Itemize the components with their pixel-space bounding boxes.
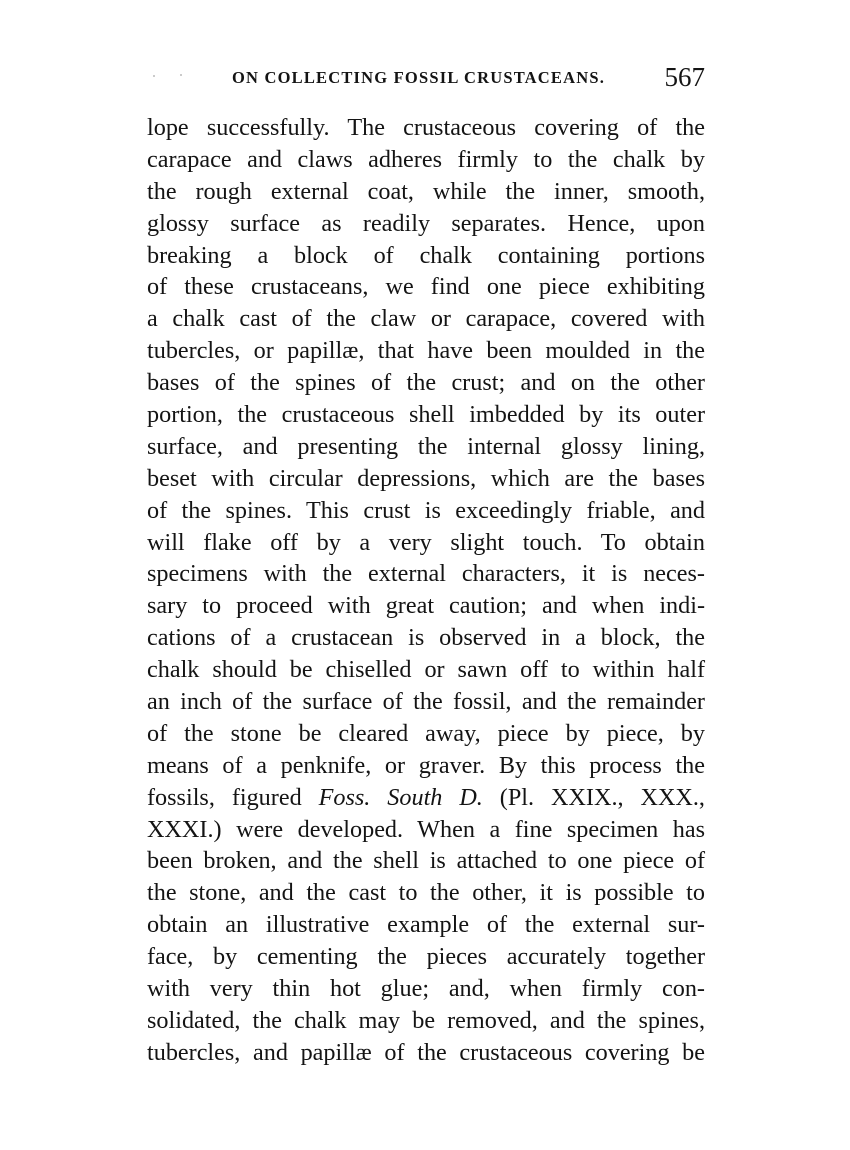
running-head: ON COLLECTING FOSSIL CRUSTACEANS. 567	[147, 64, 707, 94]
text-segment: fossils, figured	[147, 784, 319, 811]
text-line: been broken, and the shell is attached t…	[147, 845, 705, 877]
text-segment: (Pl. XXIX., XXX.,	[483, 784, 705, 811]
text-line: chalk should be chiselled or sawn off to…	[147, 654, 705, 686]
text-line: solidated, the chalk may be removed, and…	[147, 1005, 705, 1037]
text-line: portion, the crustaceous shell imbedded …	[147, 399, 705, 431]
text-line: cations of a crustacean is observed in a…	[147, 622, 705, 654]
text-line: specimens with the external characters, …	[147, 558, 705, 590]
text-line: of the stone be cleared away, piece by p…	[147, 718, 705, 750]
italic-citation: Foss. South D.	[319, 784, 483, 811]
page-number: 567	[665, 62, 706, 93]
text-line: tubercles, and papillæ of the crustaceou…	[147, 1037, 705, 1069]
body-text: lope successfully. The crustaceous cover…	[147, 112, 705, 1069]
text-line: obtain an illustrative example of the ex…	[147, 909, 705, 941]
text-line: face, by cementing the pieces accurately…	[147, 941, 705, 973]
text-line: the stone, and the cast to the other, it…	[147, 877, 705, 909]
text-line: glossy surface as readily separates. Hen…	[147, 208, 705, 240]
text-line: tubercles, or papillæ, that have been mo…	[147, 335, 705, 367]
text-line: a chalk cast of the claw or carapace, co…	[147, 303, 705, 335]
text-line: of these crustaceans, we find one piece …	[147, 271, 705, 303]
text-line: an inch of the surface of the fossil, an…	[147, 686, 705, 718]
text-line: beset with circular depressions, which a…	[147, 463, 705, 495]
text-line: carapace and claws adheres firmly to the…	[147, 144, 705, 176]
text-line: with very thin hot glue; and, when firml…	[147, 973, 705, 1005]
book-page: ON COLLECTING FOSSIL CRUSTACEANS. 567 lo…	[0, 0, 850, 1150]
running-title: ON COLLECTING FOSSIL CRUSTACEANS.	[232, 68, 605, 88]
text-line: sary to proceed with great caution; and …	[147, 590, 705, 622]
text-line-with-citation: fossils, figured Foss. South D. (Pl. XXI…	[147, 782, 705, 814]
text-line: the rough external coat, while the inner…	[147, 176, 705, 208]
text-line: XXXI.) were developed. When a fine speci…	[147, 814, 705, 846]
text-line: lope successfully. The crustaceous cover…	[147, 112, 705, 144]
text-line: of the spines. This crust is exceedingly…	[147, 495, 705, 527]
text-line: means of a penknife, or graver. By this …	[147, 750, 705, 782]
text-line: breaking a block of chalk containing por…	[147, 240, 705, 272]
text-line: will flake off by a very slight touch. T…	[147, 527, 705, 559]
text-line: bases of the spines of the crust; and on…	[147, 367, 705, 399]
text-line: surface, and presenting the internal glo…	[147, 431, 705, 463]
